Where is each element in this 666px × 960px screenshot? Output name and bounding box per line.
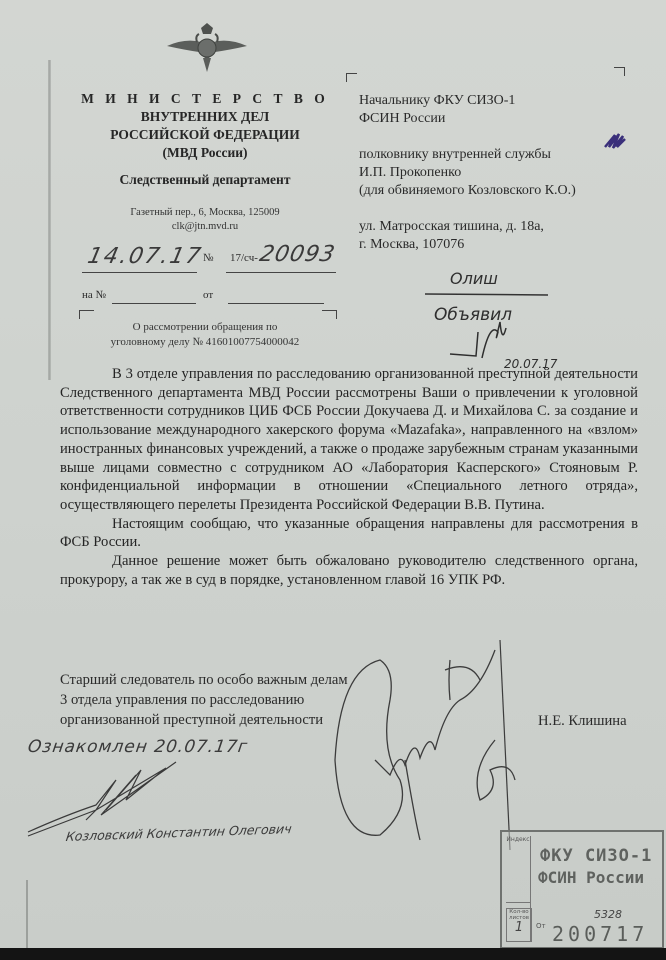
stamp-incoming-number: 5328 — [594, 908, 622, 921]
svg-text:Олиш: Олиш — [450, 269, 498, 288]
recipient-line: И.П. Прокопенко — [359, 164, 659, 182]
corner-mark — [322, 310, 337, 319]
corner-mark — [614, 67, 625, 76]
handwritten-resolution: Олиш Объявил 20.07.17 — [420, 262, 580, 372]
subject-text: О рассмотрении обращения по — [75, 320, 335, 335]
stamp-index-cell: Индекс — [506, 836, 530, 903]
stamp-date: 200717 — [552, 922, 648, 946]
subject-line: О рассмотрении обращения по уголовному д… — [75, 320, 335, 350]
ink-scribble-icon — [603, 131, 627, 151]
mvd-emblem-icon — [165, 20, 249, 76]
stamp-org-line: ФКУ СИЗО-1 — [540, 846, 652, 866]
reply-to-underline — [112, 289, 196, 304]
recipient-line: (для обвиняемого Козловского К.О.) — [359, 182, 659, 200]
outgoing-date-handwritten: 14.07.17 — [85, 244, 204, 269]
stamp-sheets-value: 1 — [507, 921, 531, 935]
stamp-from-label: От — [536, 922, 546, 930]
number-handwritten: 20093 — [257, 242, 337, 267]
recipient-line: ул. Матросская тишина, д. 18а, — [359, 218, 659, 236]
reply-to-label: на № — [82, 289, 106, 301]
number-label: № — [203, 252, 214, 264]
recipient-block: Начальнику ФКУ СИЗО-1 ФСИН России полков… — [359, 92, 659, 254]
body-paragraph: Данное решение может быть обжаловано рук… — [60, 552, 638, 589]
ministry-name: М И Н И С Т Е Р С Т В О ВНУТРЕННИХ ДЕЛ Р… — [75, 90, 335, 162]
stamp-sheets-cell: Кол-во листов 1 — [506, 908, 532, 942]
corner-mark — [79, 310, 94, 319]
ministry-line: РОССИЙСКОЙ ФЕДЕРАЦИИ — [75, 126, 335, 144]
acknowledgement-handwritten: Ознакомлен 20.07.17г — [27, 737, 250, 757]
signer-name: Н.Е. Клишина — [538, 713, 627, 730]
investigator-signature — [320, 640, 520, 850]
recipient-line: г. Москва, 107076 — [359, 236, 659, 254]
ministry-line: М И Н И С Т Е Р С Т В О — [75, 90, 335, 108]
incoming-registration-stamp: Индекс Кол-во листов 1 ФКУ СИЗО-1 ФСИН Р… — [500, 830, 664, 948]
reply-from-label: от — [203, 289, 213, 301]
ministry-line: (МВД России) — [75, 144, 335, 162]
email-line: clk@jtn.mvd.ru — [75, 220, 335, 234]
department-name: Следственный департамент — [75, 172, 335, 188]
number-prefix: 17/сч- — [230, 252, 258, 264]
corner-mark — [346, 73, 357, 82]
body-paragraph: В 3 отделе управления по расследованию о… — [60, 365, 638, 515]
stamp-org-line: ФСИН России — [538, 868, 644, 887]
address-line: Газетный пер., 6, Москва, 125009 — [75, 206, 335, 220]
ministry-line: ВНУТРЕННИХ ДЕЛ — [75, 108, 335, 126]
letter-body: В 3 отделе управления по расследованию о… — [60, 365, 638, 589]
sender-address: Газетный пер., 6, Москва, 125009 clk@jtn… — [75, 206, 335, 234]
paper-fold-shadow — [48, 60, 51, 380]
stamp-side-column: Индекс Кол-во листов 1 — [506, 836, 531, 941]
document-page: М И Н И С Т Е Р С Т В О ВНУТРЕННИХ ДЕЛ Р… — [0, 0, 666, 948]
subject-text: уголовному делу № 41601007754000042 — [75, 335, 335, 350]
body-paragraph: Настоящим сообщаю, что указанные обращен… — [60, 515, 638, 552]
recipient-line: ФСИН России — [359, 110, 659, 128]
paper-fold-shadow — [26, 880, 28, 948]
photo-background-edge — [0, 948, 666, 960]
recipient-line: Начальнику ФКУ СИЗО-1 — [359, 92, 659, 110]
reply-from-underline — [228, 289, 324, 304]
